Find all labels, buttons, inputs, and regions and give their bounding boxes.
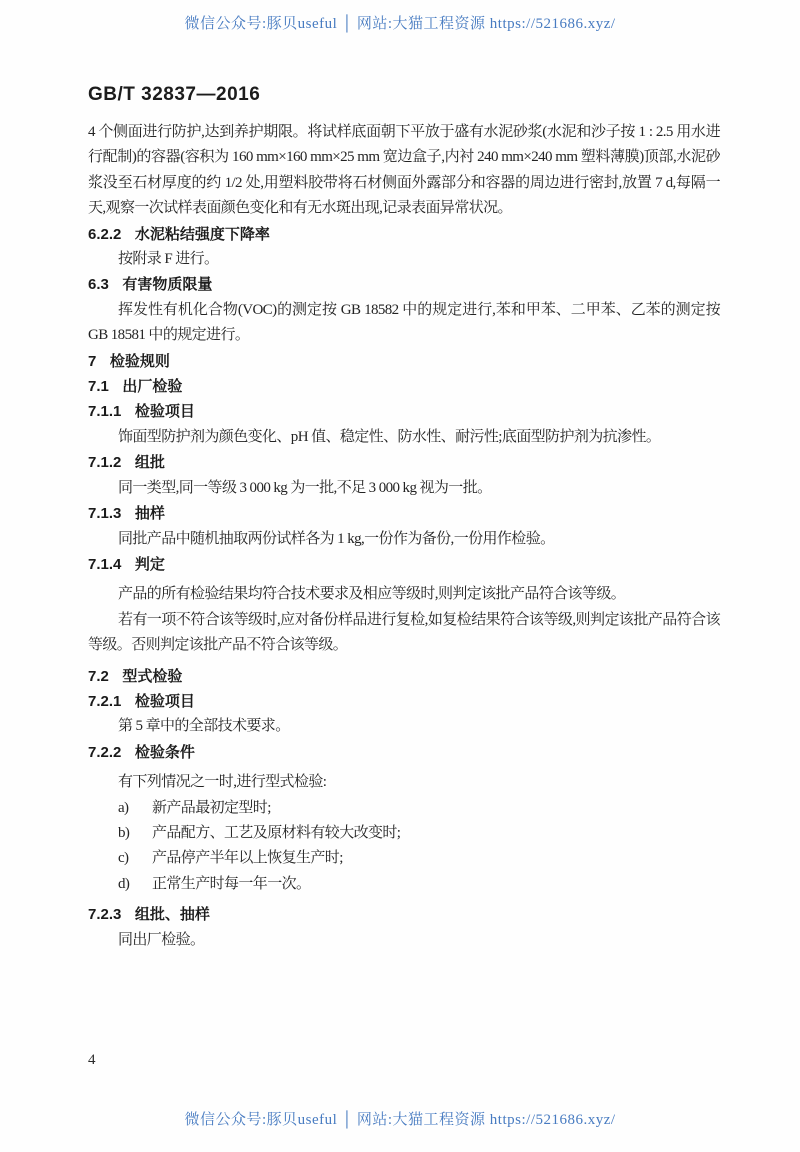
section-heading-6-2-2: 6.2.2水泥粘结强度下降率 [88,222,720,247]
section-heading-6-3: 6.3有害物质限量 [88,272,720,297]
paragraph: 产品的所有检验结果均符合技术要求及相应等级时,则判定该批产品符合该等级。 [88,582,720,607]
document-content: 4 个侧面进行防护,达到养护期限。将试样底面朝下平放于盛有水泥砂浆(水泥和沙子按… [88,120,720,953]
paragraph: 按附录 F 进行。 [88,247,720,272]
heading-title: 检验项目 [135,693,195,710]
section-heading-7-2-3: 7.2.3组批、抽样 [88,902,720,927]
heading-title: 有害物质限量 [122,276,212,293]
paragraph: 第 5 章中的全部技术要求。 [88,714,720,739]
section-heading-7-1-4: 7.1.4判定 [88,552,720,577]
standard-number: GB/T 32837—2016 [88,84,260,106]
paragraph: 同批产品中随机抽取两份试样各为 1 kg,一份作为备份,一份用作检验。 [88,527,720,552]
section-heading-7-1-1: 7.1.1检验项目 [88,399,720,424]
section-heading-7-2-1: 7.2.1检验项目 [88,689,720,714]
heading-number: 6.2.2 [88,226,121,243]
heading-number: 7.2.3 [88,906,121,923]
heading-title: 水泥粘结强度下降率 [135,226,270,243]
heading-number: 7.2.2 [88,744,121,761]
list-item: c)产品停产半年以上恢复生产时; [88,846,720,871]
heading-title: 判定 [135,556,165,573]
heading-number: 7.1.2 [88,454,121,471]
heading-number: 7.1 [88,378,109,395]
heading-number: 7.1.3 [88,505,121,522]
paragraph-group: 产品的所有检验结果均符合技术要求及相应等级时,则判定该批产品符合该等级。 若有一… [88,582,720,658]
list-item: b)产品配方、工艺及原材料有较大改变时; [88,821,720,846]
paragraph: 有下列情况之一时,进行型式检验: [88,770,720,795]
watermark-bottom: 微信公众号:豚贝useful │ 网站:大猫工程资源 https://52168… [0,1108,800,1129]
list-item-text: 新产品最初定型时; [152,800,271,816]
watermark-top: 微信公众号:豚贝useful │ 网站:大猫工程资源 https://52168… [0,12,800,33]
list-item-text: 正常生产时每一年一次。 [152,876,310,892]
condition-list: 有下列情况之一时,进行型式检验: a)新产品最初定型时; b)产品配方、工艺及原… [88,770,720,897]
heading-number: 7.1.4 [88,556,121,573]
list-item-text: 产品停产半年以上恢复生产时; [152,850,343,866]
paragraph: 4 个侧面进行防护,达到养护期限。将试样底面朝下平放于盛有水泥砂浆(水泥和沙子按… [88,120,720,222]
heading-number: 7 [88,353,96,370]
paragraph: 同一类型,同一等级 3 000 kg 为一批,不足 3 000 kg 视为一批。 [88,476,720,501]
paragraph: 饰面型防护剂为颜色变化、pH 值、稳定性、防水性、耐污性;底面型防护剂为抗渗性。 [88,425,720,450]
heading-number: 6.3 [88,276,109,293]
list-item-text: 产品配方、工艺及原材料有较大改变时; [152,825,400,841]
heading-title: 型式检验 [122,668,182,685]
heading-number: 7.2 [88,668,109,685]
heading-title: 检验条件 [135,744,195,761]
paragraph: 若有一项不符合该等级时,应对备份样品进行复检,如复检结果符合该等级,则判定该批产… [88,608,720,659]
list-marker: b) [118,821,152,846]
heading-title: 检验项目 [135,403,195,420]
heading-title: 组批 [135,454,165,471]
list-marker: a) [118,796,152,821]
document-page: 微信公众号:豚贝useful │ 网站:大猫工程资源 https://52168… [0,0,800,1152]
heading-title: 抽样 [135,505,165,522]
list-item: a)新产品最初定型时; [88,796,720,821]
section-heading-7-1-3: 7.1.3抽样 [88,501,720,526]
heading-number: 7.1.1 [88,403,121,420]
list-marker: d) [118,872,152,897]
page-number: 4 [88,1052,96,1069]
paragraph: 同出厂检验。 [88,928,720,953]
heading-title: 检验规则 [110,353,170,370]
heading-number: 7.2.1 [88,693,121,710]
list-marker: c) [118,846,152,871]
heading-title: 出厂检验 [122,378,182,395]
section-heading-7-2-2: 7.2.2检验条件 [88,740,720,765]
heading-title: 组批、抽样 [135,906,210,923]
paragraph: 挥发性有机化合物(VOC)的测定按 GB 18582 中的规定进行,苯和甲苯、二… [88,298,720,349]
section-heading-7-2: 7.2型式检验 [88,664,720,689]
section-heading-7-1: 7.1出厂检验 [88,374,720,399]
list-item: d)正常生产时每一年一次。 [88,872,720,897]
chapter-heading-7: 7检验规则 [88,349,720,374]
section-heading-7-1-2: 7.1.2组批 [88,450,720,475]
